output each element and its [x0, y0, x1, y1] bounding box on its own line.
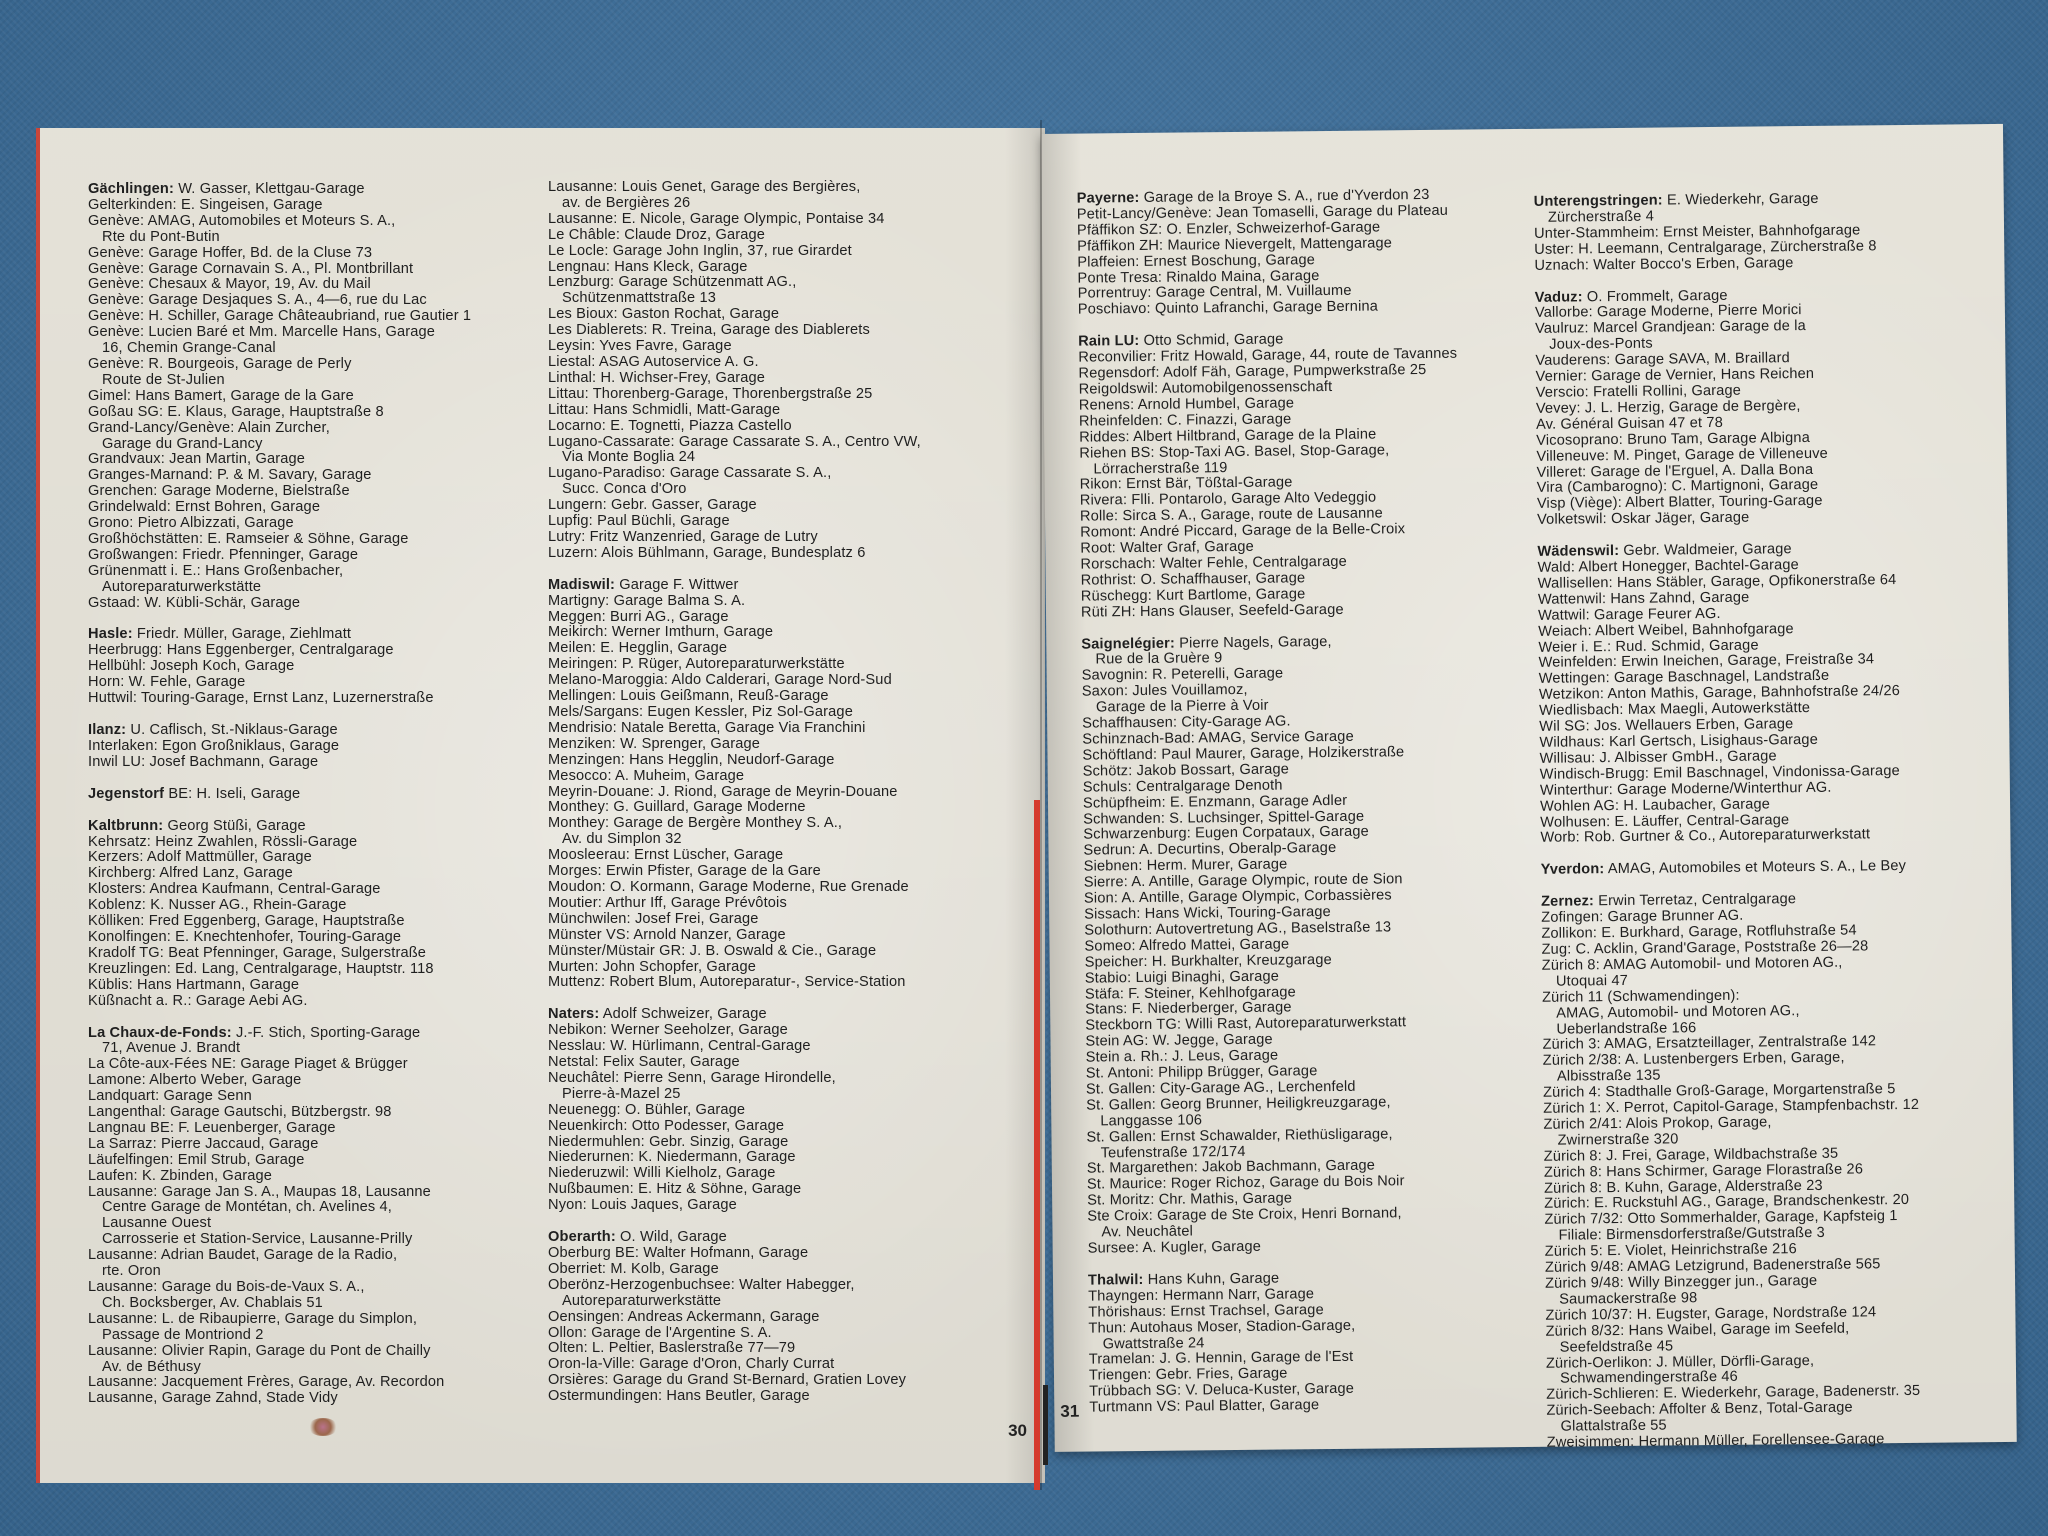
- entry-text: Le Châble: Claude Droz, Garage: [548, 227, 765, 243]
- directory-entry: Liestal: ASAG Autoservice A. G.: [548, 355, 1018, 371]
- entry-text: Monthey: Garage de Bergère Monthey S. A.…: [548, 815, 842, 831]
- entry-text: Lausanne: E. Nicole, Garage Olympic, Pon…: [548, 211, 885, 227]
- entry-text: Huttwil: Touring-Garage, Ernst Lanz, Luz…: [88, 690, 434, 706]
- entry-text: Grandvaux: Jean Martin, Garage: [88, 451, 305, 467]
- entry-text: Olten: L. Peltier, Baslerstraße 77—79: [548, 1340, 795, 1356]
- entry-text: Rue de la Gruère 9: [1095, 651, 1222, 668]
- entry-text: Liestal: ASAG Autoservice A. G.: [548, 354, 759, 370]
- directory-entry: Ollon: Garage de l'Argentine S. A.: [548, 1326, 1018, 1342]
- entry-text: Lausanne: Garage du Bois-de-Vaux S. A.,: [88, 1279, 365, 1295]
- directory-entry: Kerzers: Adolf Mattmüller, Garage: [88, 850, 558, 866]
- directory-entry: Lungern: Gebr. Gasser, Garage: [548, 498, 1018, 514]
- entry-text: Zürich 7/32: Otto Sommerhalder, Garage, …: [1544, 1208, 1897, 1228]
- entry-text: Gimel: Hans Bamert, Garage de la Gare: [88, 388, 354, 404]
- entry-text: Reigoldswil: Automobilgenossenschaft: [1079, 379, 1333, 398]
- entry-text: Autoreparaturwerkstätte: [102, 579, 261, 595]
- entry-text: Menziken: W. Sprenger, Garage: [548, 736, 760, 752]
- entry-text: W. Gasser, Klettgau-Garage: [174, 181, 365, 197]
- directory-entry: Grandvaux: Jean Martin, Garage: [88, 452, 558, 468]
- entry-text: Zürcherstraße 4: [1548, 208, 1654, 225]
- right-page: Payerne: Garage de la Broye S. A., rue d…: [1041, 124, 2017, 1452]
- directory-column: Unterengstringen: E. Wiederkehr, GarageZ…: [1534, 190, 2012, 1468]
- entry-text: Langgasse 106: [1100, 1112, 1202, 1129]
- directory-entry: Huttwil: Touring-Garage, Ernst Lanz, Luz…: [88, 691, 558, 707]
- section-lead-town: Rain LU:: [1078, 333, 1139, 350]
- entry-text: Erwin Terretaz, Centralgarage: [1594, 891, 1796, 909]
- entry-text: Gebr. Waldmeier, Garage: [1619, 541, 1792, 559]
- entry-text: Garage de la Pierre à Voir: [1096, 698, 1269, 716]
- directory-entry: Olten: L. Peltier, Baslerstraße 77—79: [548, 1341, 1018, 1357]
- entry-text: Interlaken: Egon Großniklaus, Garage: [88, 738, 339, 754]
- directory-entry: Kreuzlingen: Ed. Lang, Centralgarage, Ha…: [88, 962, 558, 978]
- directory-entry: Mendrisio: Natale Beretta, Garage Via Fr…: [548, 721, 1018, 737]
- entry-text: Lörracherstraße 119: [1093, 460, 1227, 477]
- letter-section: Rain LU: Otto Schmid, GarageReconvilier:…: [1078, 330, 1551, 621]
- section-lead-town: Vaduz:: [1535, 289, 1583, 306]
- entry-text: Gwattstraße 24: [1103, 1335, 1205, 1352]
- section-lead-town: Hasle:: [88, 626, 133, 642]
- directory-entry-continuation: Via Monte Boglia 24: [548, 450, 1018, 466]
- entry-text: Oberburg BE: Walter Hofmann, Garage: [548, 1245, 808, 1261]
- entry-text: Goßau SG: E. Klaus, Garage, Hauptstraße …: [88, 404, 384, 420]
- directory-entry-continuation: Autoreparaturwerkstätte: [548, 1294, 1018, 1310]
- directory-entry: Genève: Garage Cornavain S. A., Pl. Mont…: [88, 262, 558, 278]
- directory-entry: Moosleerau: Ernst Lüscher, Garage: [548, 848, 1018, 864]
- directory-entry: Neuenkirch: Otto Podesser, Garage: [548, 1119, 1018, 1135]
- entry-text: Oberönz-Herzogenbuchsee: Walter Habegger…: [548, 1277, 855, 1293]
- entry-text: Genève: Lucien Baré et Mm. Marcelle Hans…: [88, 324, 435, 340]
- directory-entry: Ostermundingen: Hans Beutler, Garage: [548, 1389, 1018, 1405]
- directory-entry: Münchwilen: Josef Frei, Garage: [548, 912, 1018, 928]
- entry-text: St. Gallen: Georg Brunner, Heiligkreuzga…: [1086, 1094, 1391, 1113]
- letter-section: Yverdon: AMAG, Automobiles et Moteurs S.…: [1541, 858, 2006, 879]
- directory-entry: Madiswil: Garage F. Wittwer: [548, 578, 1018, 594]
- entry-text: Küßnacht a. R.: Garage Aebi AG.: [88, 993, 308, 1009]
- directory-entry: Linthal: H. Wichser-Frey, Garage: [548, 371, 1018, 387]
- directory-entry: La Chaux-de-Fonds: J.-F. Stich, Sporting…: [88, 1026, 558, 1042]
- directory-entry: Läufelfingen: Emil Strub, Garage: [88, 1153, 558, 1169]
- entry-text: Vernier: Garage de Vernier, Hans Reichen: [1535, 366, 1814, 385]
- entry-text: Saumackerstraße 98: [1559, 1290, 1697, 1307]
- entry-text: Landquart: Garage Senn: [88, 1088, 252, 1104]
- directory-entry: Niederuzwil: Willi Kielholz, Garage: [548, 1166, 1018, 1182]
- entry-text: Ostermundingen: Hans Beutler, Garage: [548, 1388, 810, 1404]
- entry-text: Lenzburg: Garage Schützenmatt AG.,: [548, 274, 796, 290]
- entry-text: Les Diablerets: R. Treina, Garage des Di…: [548, 322, 870, 338]
- entry-text: Uznach: Walter Bocco's Erben, Garage: [1534, 255, 1793, 274]
- directory-entry: Kirchberg: Alfred Lanz, Garage: [88, 866, 558, 882]
- entry-text: Zwirnerstraße 320: [1557, 1131, 1678, 1148]
- letter-section: Unterengstringen: E. Wiederkehr, GarageZ…: [1534, 190, 2000, 274]
- entry-text: Konolfingen: E. Knechtenhofer, Touring-G…: [88, 929, 401, 945]
- entry-text: Av. de Béthusy: [102, 1359, 201, 1375]
- entry-text: Otto Schmid, Garage: [1139, 332, 1283, 350]
- directory-entry: Lutry: Fritz Wanzenried, Garage de Lutry: [548, 530, 1018, 546]
- open-booklet: Gächlingen: W. Gasser, Klettgau-GarageGe…: [0, 0, 2048, 1536]
- entry-text: Genève: Garage Desjaques S. A., 4—6, rue…: [88, 292, 427, 308]
- directory-entry: Gelterkinden: E. Singeisen, Garage: [88, 198, 558, 214]
- directory-entry: Orsières: Garage du Grand St-Bernard, Gr…: [548, 1373, 1018, 1389]
- entry-text: La Sarraz: Pierre Jaccaud, Garage: [88, 1136, 318, 1152]
- directory-entry: Mels/Sargans: Eugen Kessler, Piz Sol-Gar…: [548, 705, 1018, 721]
- entry-text: Zürich-Seebach: Affolter & Benz, Total-G…: [1546, 1400, 1853, 1419]
- directory-entry: Moutier: Arthur Iff, Garage Prévôtois: [548, 896, 1018, 912]
- entry-text: Grenchen: Garage Moderne, Bielstraße: [88, 483, 350, 499]
- entry-text: Vaulruz: Marcel Grandjean: Garage de la: [1535, 318, 1806, 337]
- entry-text: Littau: Thorenberg-Garage, Thorenbergstr…: [548, 386, 872, 402]
- entry-text: Pfäffikon ZH: Maurice Nievergelt, Matten…: [1077, 235, 1392, 254]
- entry-text: Kölliken: Fred Eggenberg, Garage, Haupts…: [88, 913, 405, 929]
- entry-text: Nebikon: Werner Seeholzer, Garage: [548, 1022, 788, 1038]
- entry-text: Melano-Maroggia: Aldo Calderari, Garage …: [548, 672, 892, 688]
- entry-text: Lausanne, Garage Zahnd, Stade Vidy: [88, 1390, 338, 1406]
- section-lead-town: Gächlingen:: [88, 181, 174, 197]
- section-lead-town: La Chaux-de-Fonds:: [88, 1025, 232, 1041]
- directory-entry: Meyrin-Douane: J. Riond, Garage de Meyri…: [548, 785, 1018, 801]
- section-lead-town: Jegenstorf: [88, 786, 164, 802]
- entry-text: Leysin: Yves Favre, Garage: [548, 338, 732, 354]
- entry-text: Großhöchstätten: E. Ramseier & Söhne, Ga…: [88, 531, 409, 547]
- entry-text: Av. Neuchâtel: [1101, 1224, 1193, 1241]
- entry-text: Moosleerau: Ernst Lüscher, Garage: [548, 847, 783, 863]
- directory-entry: Nebikon: Werner Seeholzer, Garage: [548, 1023, 1018, 1039]
- directory-entry: Le Locle: Garage John Inglin, 37, rue Gi…: [548, 244, 1018, 260]
- directory-entry: Goßau SG: E. Klaus, Garage, Hauptstraße …: [88, 405, 558, 421]
- entry-text: Mellingen: Louis Geißmann, Reuß-Garage: [548, 688, 829, 704]
- entry-text: Worb: Rob. Gurtner & Co., Autoreparaturw…: [1540, 827, 1870, 846]
- entry-text: La Côte-aux-Fées NE: Garage Piaget & Brü…: [88, 1056, 408, 1072]
- directory-entry: Gächlingen: W. Gasser, Klettgau-Garage: [88, 182, 558, 198]
- directory-entry: Lengnau: Hans Kleck, Garage: [548, 260, 1018, 276]
- entry-text: Vevey: J. L. Herzig, Garage de Bergère,: [1536, 398, 1801, 417]
- entry-text: Root: Walter Graf, Garage: [1080, 539, 1254, 557]
- directory-entry-continuation: Autoreparaturwerkstätte: [88, 580, 558, 596]
- entry-text: AMAG, Automobiles et Moteurs S. A., Le B…: [1604, 858, 1906, 877]
- directory-entry: Moudon: O. Kormann, Garage Moderne, Rue …: [548, 880, 1018, 896]
- section-lead-town: Thalwil:: [1088, 1272, 1144, 1289]
- section-lead-town: Naters:: [548, 1006, 599, 1022]
- entry-text: Autoreparaturwerkstätte: [562, 1293, 721, 1309]
- entry-text: St. Gallen: Ernst Schawalder, Riethüslig…: [1086, 1126, 1392, 1145]
- directory-entry: Lenzburg: Garage Schützenmatt AG.,: [548, 275, 1018, 291]
- entry-text: Rorschach: Walter Fehle, Centralgarage: [1080, 554, 1346, 573]
- entry-text: Speicher: H. Burkhalter, Kreuzgarage: [1085, 952, 1332, 971]
- entry-text: Lausanne: Jacquement Frères, Garage, Av.…: [88, 1374, 444, 1390]
- directory-entry: Granges-Marnand: P. & M. Savary, Garage: [88, 468, 558, 484]
- entry-text: Rüti ZH: Hans Glauser, Seefeld-Garage: [1081, 602, 1344, 621]
- entry-text: Hans Kuhn, Garage: [1143, 1270, 1279, 1287]
- directory-entry: Lugano-Paradiso: Garage Cassarate S. A.,: [548, 466, 1018, 482]
- directory-entry: Uznach: Walter Bocco's Erben, Garage: [1534, 254, 1999, 275]
- directory-entry: Le Châble: Claude Droz, Garage: [548, 228, 1018, 244]
- entry-text: Teufenstraße 172/174: [1101, 1143, 1246, 1161]
- entry-text: Zweisimmen: Hermann Müller, Forellensee-…: [1547, 1431, 1885, 1451]
- entry-text: Linthal: H. Wichser-Frey, Garage: [548, 370, 765, 386]
- entry-text: Winterthur: Garage Moderne/Winterthur AG…: [1540, 779, 1832, 798]
- entry-text: Lungern: Gebr. Gasser, Garage: [548, 497, 757, 513]
- directory-entry: Lausanne: L. de Ribaupierre, Garage du S…: [88, 1312, 558, 1328]
- directory-entry: Morges: Erwin Pfister, Garage de la Gare: [548, 864, 1018, 880]
- directory-entry: Poschiavo: Quinto Lafranchi, Garage Bern…: [1078, 298, 1548, 319]
- entry-text: BE: H. Iseli, Garage: [164, 786, 300, 802]
- directory-entry: Volketswil: Oskar Jäger, Garage: [1537, 508, 2002, 529]
- entry-text: Via Monte Boglia 24: [562, 449, 695, 465]
- directory-column: Lausanne: Louis Genet, Garage des Bergiè…: [548, 180, 1018, 1421]
- directory-entry: Inwil LU: Josef Bachmann, Garage: [88, 755, 558, 771]
- entry-text: Regensdorf: Adolf Fäh, Garage, Pumpwerks…: [1078, 362, 1426, 382]
- left-page: Gächlingen: W. Gasser, Klettgau-GarageGe…: [36, 128, 1045, 1483]
- entry-text: Lausanne: Garage Jan S. A., Maupas 18, L…: [88, 1184, 431, 1200]
- directory-entry: Grindelwald: Ernst Bohren, Garage: [88, 500, 558, 516]
- letter-section: Vaduz: O. Frommelt, GarageVallorbe: Gara…: [1535, 286, 2002, 529]
- directory-entry: Ilanz: U. Caflisch, St.-Niklaus-Garage: [88, 723, 558, 739]
- entry-text: Zürich 8/32: Hans Waibel, Garage im Seef…: [1545, 1320, 1849, 1339]
- directory-entry: Landquart: Garage Senn: [88, 1089, 558, 1105]
- entry-text: Mendrisio: Natale Beretta, Garage Via Fr…: [548, 720, 865, 736]
- entry-text: Schöftland: Paul Maurer, Garage, Holzike…: [1082, 744, 1404, 763]
- entry-text: Garage du Grand-Lancy: [102, 436, 263, 452]
- directory-entry: Oberriet: M. Kolb, Garage: [548, 1262, 1018, 1278]
- directory-entry: Leysin: Yves Favre, Garage: [548, 339, 1018, 355]
- entry-text: Inwil LU: Josef Bachmann, Garage: [88, 754, 318, 770]
- letter-section: Thalwil: Hans Kuhn, GarageThayngen: Herm…: [1088, 1269, 1559, 1417]
- entry-text: Niederurnen: K. Niedermann, Garage: [548, 1149, 796, 1165]
- directory-entry: Lausanne: Garage du Bois-de-Vaux S. A.,: [88, 1280, 558, 1296]
- directory-entry: Gstaad: W. Kübli-Schär, Garage: [88, 596, 558, 612]
- letter-section: Ilanz: U. Caflisch, St.-Niklaus-GarageIn…: [88, 723, 558, 771]
- entry-text: Centre Garage de Montétan, ch. Avelines …: [102, 1199, 392, 1215]
- entry-text: Seefeldstraße 45: [1560, 1338, 1674, 1355]
- entry-text: Gstaad: W. Kübli-Schär, Garage: [88, 595, 300, 611]
- entry-text: Riehen BS: Stop-Taxi AG. Basel, Stop-Gar…: [1079, 442, 1389, 461]
- directory-entry: Netstal: Felix Sauter, Garage: [548, 1055, 1018, 1071]
- entry-text: Langnau BE: F. Leuenberger, Garage: [88, 1120, 336, 1136]
- entry-text: Morges: Erwin Pfister, Garage de la Gare: [548, 863, 821, 879]
- directory-entry-continuation: Passage de Montriond 2: [88, 1328, 558, 1344]
- directory-entry-continuation: Succ. Conca d'Oro: [548, 482, 1018, 498]
- entry-text: Lupfig: Paul Büchli, Garage: [548, 513, 730, 529]
- directory-entry: Genève: AMAG, Automobiles et Moteurs S. …: [88, 214, 558, 230]
- entry-text: AMAG, Automobil- und Motoren AG.,: [1556, 1003, 1800, 1022]
- entry-text: Visp (Viège): Albert Blatter, Touring-Ga…: [1537, 493, 1823, 512]
- entry-text: Thun: Autohaus Moser, Stadion-Garage,: [1088, 1317, 1355, 1336]
- entry-text: Lamone: Alberto Weber, Garage: [88, 1072, 301, 1088]
- directory-entry: Mellingen: Louis Geißmann, Reuß-Garage: [548, 689, 1018, 705]
- entry-text: Lengnau: Hans Kleck, Garage: [548, 259, 748, 275]
- entry-text: Meilen: E. Hegglin, Garage: [548, 640, 727, 656]
- entry-text: Le Locle: Garage John Inglin, 37, rue Gi…: [548, 243, 852, 259]
- directory-entry: Koblenz: K. Nusser AG., Rhein-Garage: [88, 898, 558, 914]
- directory-entry: Grand-Lancy/Genève: Alain Zurcher,: [88, 421, 558, 437]
- letter-section: La Chaux-de-Fonds: J.-F. Stich, Sporting…: [88, 1026, 558, 1408]
- letter-section: Payerne: Garage de la Broye S. A., rue d…: [1077, 187, 1548, 319]
- entry-text: Uster: H. Leemann, Centralgarage, Zürche…: [1534, 238, 1876, 258]
- entry-text: Zürich 9/48: AMAG Letzigrund, Badenerstr…: [1545, 1256, 1881, 1276]
- section-lead-town: Madiswil:: [548, 577, 615, 593]
- entry-text: Zürich 8: AMAG Automobil- und Motoren AG…: [1542, 955, 1843, 974]
- entry-text: Niederuzwil: Willi Kielholz, Garage: [548, 1165, 775, 1181]
- entry-text: Garage F. Wittwer: [615, 577, 739, 593]
- entry-text: Passage de Montriond 2: [102, 1327, 264, 1343]
- section-lead-town: Unterengstringen:: [1534, 192, 1663, 209]
- entry-text: Koblenz: K. Nusser AG., Rhein-Garage: [88, 897, 346, 913]
- entry-text: Meikirch: Werner Imthurn, Garage: [548, 624, 773, 640]
- entry-text: Lausanne: L. de Ribaupierre, Garage du S…: [88, 1311, 417, 1327]
- entry-text: Hellbühl: Joseph Koch, Garage: [88, 658, 294, 674]
- directory-entry: Grenchen: Garage Moderne, Bielstraße: [88, 484, 558, 500]
- entry-text: Volketswil: Oskar Jäger, Garage: [1537, 510, 1749, 528]
- entry-text: U. Caflisch, St.-Niklaus-Garage: [126, 722, 338, 738]
- entry-text: Lugano-Paradiso: Garage Cassarate S. A.,: [548, 465, 831, 481]
- directory-entry-continuation: Ch. Bocksberger, Av. Chablais 51: [88, 1296, 558, 1312]
- entry-text: Genève: Chesaux & Mayor, 19, Av. du Mail: [88, 276, 371, 292]
- letter-section: Naters: Adolf Schweizer, GarageNebikon: …: [548, 1007, 1018, 1214]
- directory-entry-continuation: Carrosserie et Station-Service, Lausanne…: [88, 1232, 558, 1248]
- entry-text: Kirchberg: Alfred Lanz, Garage: [88, 865, 293, 881]
- directory-entry: Neuchâtel: Pierre Senn, Garage Hirondell…: [548, 1071, 1018, 1087]
- directory-entry: Genève: R. Bourgeois, Garage de Perly: [88, 357, 558, 373]
- directory-entry: Münster VS: Arnold Nanzer, Garage: [548, 928, 1018, 944]
- letter-section: Kaltbrunn: Georg Stüßi, GarageKehrsatz: …: [88, 819, 558, 1010]
- directory-entry: Langenthal: Garage Gautschi, Bützbergstr…: [88, 1105, 558, 1121]
- directory-entry: Klosters: Andrea Kaufmann, Central-Garag…: [88, 882, 558, 898]
- directory-entry: La Sarraz: Pierre Jaccaud, Garage: [88, 1137, 558, 1153]
- directory-entry: Großwangen: Friedr. Pfenninger, Garage: [88, 548, 558, 564]
- entry-text: Neuenegg: O. Bühler, Garage: [548, 1102, 745, 1118]
- entry-text: Meyrin-Douane: J. Riond, Garage de Meyri…: [548, 784, 898, 800]
- entry-text: Genève: Garage Cornavain S. A., Pl. Mont…: [88, 261, 413, 277]
- entry-text: Niedermuhlen: Gebr. Sinzig, Garage: [548, 1134, 788, 1150]
- directory-entry: Küblis: Hans Hartmann, Garage: [88, 978, 558, 994]
- entry-text: Turtmann VS: Paul Blatter, Garage: [1089, 1397, 1319, 1415]
- directory-entry: Lausanne: Olivier Rapin, Garage du Pont …: [88, 1344, 558, 1360]
- directory-entry-continuation: Centre Garage de Montétan, ch. Avelines …: [88, 1200, 558, 1216]
- entry-text: Schützenmattstraße 13: [562, 290, 716, 306]
- entry-text: Lutry: Fritz Wanzenried, Garage de Lutry: [548, 529, 818, 545]
- entry-text: Muttenz: Robert Blum, Autoreparatur-, Se…: [548, 974, 906, 990]
- directory-entry: Mesocco: A. Muheim, Garage: [548, 769, 1018, 785]
- entry-text: Zürich 2/38: A. Lustenbergers Erben, Gar…: [1543, 1050, 1845, 1069]
- entry-text: Zürich-Oerlikon: J. Müller, Dörfli-Garag…: [1546, 1353, 1814, 1372]
- entry-text: Littau: Hans Schmidli, Matt-Garage: [548, 402, 780, 418]
- entry-text: Ste Croix: Garage de Ste Croix, Henri Bo…: [1087, 1205, 1401, 1224]
- directory-entry: Les Bioux: Gaston Rochat, Garage: [548, 307, 1018, 323]
- directory-entry: Langnau BE: F. Leuenberger, Garage: [88, 1121, 558, 1137]
- directory-entry: Heerbrugg: Hans Eggenberger, Centralgara…: [88, 643, 558, 659]
- directory-entry: Großhöchstätten: E. Ramseier & Söhne, Ga…: [88, 532, 558, 548]
- directory-entry: Menziken: W. Sprenger, Garage: [548, 737, 1018, 753]
- directory-entry: Lausanne: Jacquement Frères, Garage, Av.…: [88, 1375, 558, 1391]
- entry-text: Meggen: Burri AG., Garage: [548, 609, 729, 625]
- directory-entry-continuation: 71, Avenue J. Brandt: [88, 1041, 558, 1057]
- entry-text: Kradolf TG: Beat Pfenninger, Garage, Sul…: [88, 945, 426, 961]
- entry-text: Les Bioux: Gaston Rochat, Garage: [548, 306, 779, 322]
- directory-entry-continuation: Av. du Simplon 32: [548, 832, 1018, 848]
- directory-entry-continuation: Garage du Grand-Lancy: [88, 437, 558, 453]
- entry-text: Lugano-Cassarate: Garage Cassarate S. A.…: [548, 434, 921, 450]
- directory-entry: Grono: Pietro Albizzati, Garage: [88, 516, 558, 532]
- directory-entry: Genève: Lucien Baré et Mm. Marcelle Hans…: [88, 325, 558, 341]
- entry-text: Kreuzlingen: Ed. Lang, Centralgarage, Ha…: [88, 961, 434, 977]
- entry-text: Monthey: G. Guillard, Garage Moderne: [548, 799, 806, 815]
- entry-text: Carrosserie et Station-Service, Lausanne…: [102, 1231, 412, 1247]
- directory-entry: Rüti ZH: Hans Glauser, Seefeld-Garage: [1081, 600, 1551, 621]
- entry-text: Münster VS: Arnold Nanzer, Garage: [548, 927, 786, 943]
- directory-entry: Lausanne: Garage Jan S. A., Maupas 18, L…: [88, 1185, 558, 1201]
- entry-text: Münchwilen: Josef Frei, Garage: [548, 911, 759, 927]
- entry-text: Kehrsatz: Heinz Zwahlen, Rössli-Garage: [88, 834, 357, 850]
- directory-entry: Kaltbrunn: Georg Stüßi, Garage: [88, 819, 558, 835]
- directory-entry: Littau: Hans Schmidli, Matt-Garage: [548, 403, 1018, 419]
- directory-entry: Lamone: Alberto Weber, Garage: [88, 1073, 558, 1089]
- directory-entry: Interlaken: Egon Großniklaus, Garage: [88, 739, 558, 755]
- directory-column: Payerne: Garage de la Broye S. A., rue d…: [1077, 187, 1560, 1433]
- directory-entry: Lausanne: Adrian Baudet, Garage de la Ra…: [88, 1248, 558, 1264]
- entry-text: Martigny: Garage Balma S. A.: [548, 593, 745, 609]
- entry-text: Georg Stüßi, Garage: [163, 818, 306, 834]
- directory-entry: Nesslau: W. Hürlimann, Central-Garage: [548, 1039, 1018, 1055]
- entry-text: Lausanne: Louis Genet, Garage des Bergiè…: [548, 179, 860, 195]
- directory-entry: Hellbühl: Joseph Koch, Garage: [88, 659, 558, 675]
- entry-text: Grand-Lancy/Genève: Alain Zurcher,: [88, 420, 330, 436]
- directory-entry: Zweisimmen: Hermann Müller, Forellensee-…: [1547, 1431, 2012, 1452]
- section-lead-town: Saignelégier:: [1081, 635, 1175, 652]
- entry-text: Sion: A. Antille, Garage Olympic, Corbas…: [1084, 887, 1392, 906]
- entry-text: rte. Oron: [102, 1263, 161, 1279]
- entry-text: Läufelfingen: Emil Strub, Garage: [88, 1152, 305, 1168]
- entry-text: Neuenkirch: Otto Podesser, Garage: [548, 1118, 784, 1134]
- entry-text: Horn: W. Fehle, Garage: [88, 674, 245, 690]
- entry-text: Moudon: O. Kormann, Garage Moderne, Rue …: [548, 879, 909, 895]
- directory-entry-continuation: Rte du Pont-Butin: [88, 230, 558, 246]
- directory-entry: Meggen: Burri AG., Garage: [548, 610, 1018, 626]
- directory-entry: Sursee: A. Kugler, Garage: [1088, 1237, 1558, 1258]
- directory-entry: Grünenmatt i. E.: Hans Großenbacher,: [88, 564, 558, 580]
- directory-entry: Laufen: K. Zbinden, Garage: [88, 1169, 558, 1185]
- directory-entry: Naters: Adolf Schweizer, Garage: [548, 1007, 1018, 1023]
- entry-text: Gelterkinden: E. Singeisen, Garage: [88, 197, 323, 213]
- entry-text: Grono: Pietro Albizzati, Garage: [88, 515, 294, 531]
- entry-text: Mels/Sargans: Eugen Kessler, Piz Sol-Gar…: [548, 704, 853, 720]
- entry-text: Klosters: Andrea Kaufmann, Central-Garag…: [88, 881, 381, 897]
- directory-entry: La Côte-aux-Fées NE: Garage Piaget & Brü…: [88, 1057, 558, 1073]
- section-lead-town: Wädenswil:: [1537, 543, 1619, 560]
- entry-text: Münster/Müstair GR: J. B. Oswald & Cie.,…: [548, 943, 876, 959]
- directory-entry: Lugano-Cassarate: Garage Cassarate S. A.…: [548, 435, 1018, 451]
- directory-entry: Niederurnen: K. Niedermann, Garage: [548, 1150, 1018, 1166]
- directory-entry: Hasle: Friedr. Müller, Garage, Ziehlmatt: [88, 627, 558, 643]
- letter-section: Wädenswil: Gebr. Waldmeier, GarageWald: …: [1537, 540, 2005, 847]
- directory-entry-continuation: 16, Chemin Grange-Canal: [88, 341, 558, 357]
- entry-text: Nesslau: W. Hürlimann, Central-Garage: [548, 1038, 811, 1054]
- entry-text: Lausanne: Adrian Baudet, Garage de la Ra…: [88, 1247, 397, 1263]
- entry-text: Heerbrugg: Hans Eggenberger, Centralgara…: [88, 642, 394, 658]
- entry-text: Langenthal: Garage Gautschi, Bützbergstr…: [88, 1104, 392, 1120]
- directory-entry: Meiringen: P. Rüger, Autoreparaturwerkst…: [548, 657, 1018, 673]
- directory-entry-continuation: rte. Oron: [88, 1264, 558, 1280]
- entry-text: Lausanne: Olivier Rapin, Garage du Pont …: [88, 1343, 431, 1359]
- directory-entry: Monthey: Garage de Bergère Monthey S. A.…: [548, 816, 1018, 832]
- directory-entry-continuation: Schützenmattstraße 13: [548, 291, 1018, 307]
- entry-text: J.-F. Stich, Sporting-Garage: [232, 1025, 420, 1041]
- section-lead-town: Yverdon:: [1541, 861, 1605, 878]
- entry-text: Großwangen: Friedr. Pfenninger, Garage: [88, 547, 358, 563]
- directory-entry: Menzingen: Hans Hegglin, Neudorf-Garage: [548, 753, 1018, 769]
- entry-text: Neuchâtel: Pierre Senn, Garage Hirondell…: [548, 1070, 836, 1086]
- entry-text: Grindelwald: Ernst Bohren, Garage: [88, 499, 320, 515]
- entry-text: 16, Chemin Grange-Canal: [102, 340, 276, 356]
- directory-entry: Yverdon: AMAG, Automobiles et Moteurs S.…: [1541, 858, 2006, 879]
